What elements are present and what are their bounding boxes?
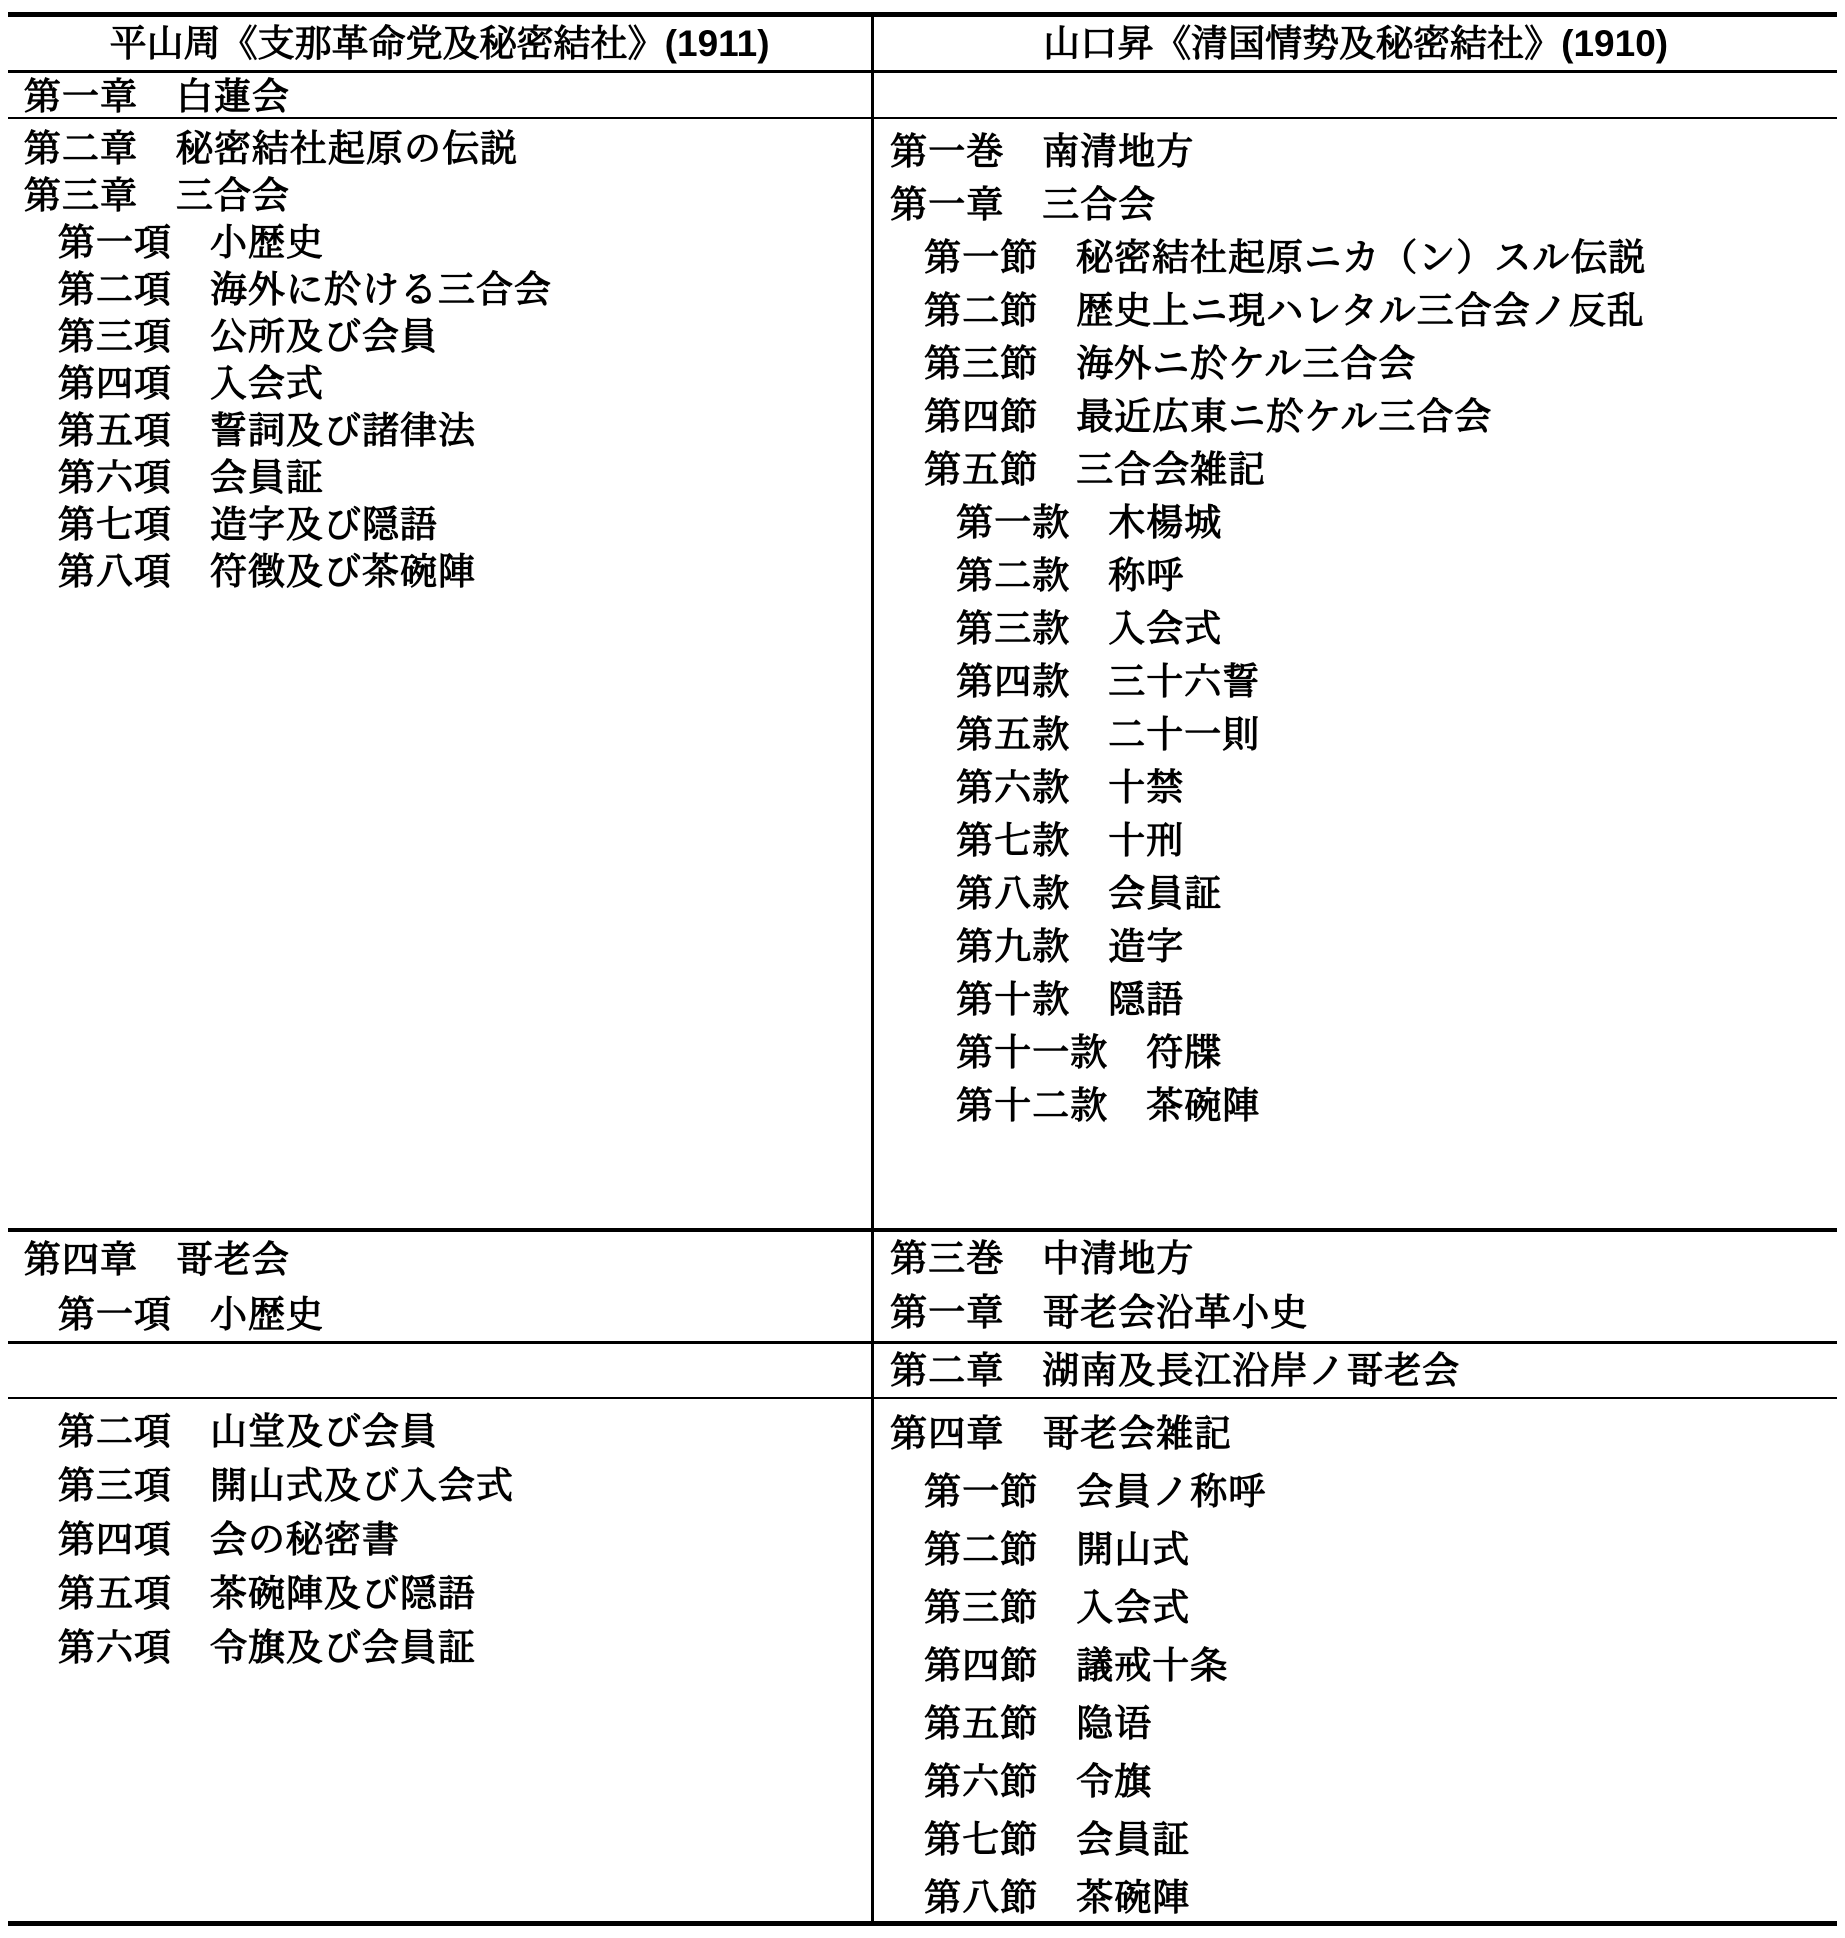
- toc-entry: 第一款 木楊城: [874, 496, 1837, 549]
- toc-cell-left: 第二項 山堂及び会員第三項 開山式及び入会式第四項 会の秘密書第五項 茶碗陣及び…: [8, 1399, 871, 1921]
- toc-entry: 第二節 開山式: [874, 1521, 1837, 1579]
- table-header-row: 平山周《支那革命党及秘密結社》(1911) 山口昇《清国情势及秘密結社》(191…: [8, 17, 1837, 73]
- toc-entry: 第五項 誓詞及び諸律法: [8, 407, 871, 454]
- toc-entry: 第三項 開山式及び入会式: [8, 1459, 871, 1513]
- toc-cell-left: 第一章 白蓮会: [8, 73, 871, 117]
- table-row: 第二項 山堂及び会員第三項 開山式及び入会式第四項 会の秘密書第五項 茶碗陣及び…: [8, 1399, 1837, 1921]
- toc-entry: 第三項 公所及び会員: [8, 313, 871, 360]
- toc-cell-right: [871, 73, 1837, 117]
- toc-entry: 第五節 三合会雑記: [874, 443, 1837, 496]
- toc-entry: 第五節 隐语: [874, 1695, 1837, 1753]
- toc-entry: 第一節 秘密結社起原ニカ（ン）スル伝説: [874, 231, 1837, 284]
- toc-entry: 第三節 入会式: [874, 1579, 1837, 1637]
- toc-entry: 第四項 会の秘密書: [8, 1513, 871, 1567]
- toc-entry: 第三款 入会式: [874, 602, 1837, 655]
- toc-entry: 第四節 最近広東ニ於ケル三合会: [874, 390, 1837, 443]
- toc-entry: 第二章 湖南及長江沿岸ノ哥老会: [874, 1344, 1837, 1397]
- toc-entry: 第四節 議戒十条: [874, 1637, 1837, 1695]
- toc-entry: 第二節 歴史上ニ現ハレタル三合会ノ反乱: [874, 284, 1837, 337]
- toc-cell-right: 第三巻 中清地方第一章 哥老会沿革小史: [871, 1232, 1837, 1341]
- toc-entry: 第七節 会員証: [874, 1811, 1837, 1869]
- toc-entry: 第一章 白蓮会: [8, 73, 871, 117]
- toc-entry: 第七款 十刑: [874, 814, 1837, 867]
- toc-entry: 第二項 海外に於ける三合会: [8, 266, 871, 313]
- table-row: 第四章 哥老会第一項 小歴史 第三巻 中清地方第一章 哥老会沿革小史: [8, 1232, 1837, 1344]
- toc-entry: 第二章 秘密結社起原の伝説: [8, 125, 871, 172]
- column-header-hirayama: 平山周《支那革命党及秘密結社》(1911): [8, 17, 871, 70]
- toc-entry: 第一巻 南清地方: [874, 125, 1837, 178]
- toc-cell-right: 第一巻 南清地方第一章 三合会第一節 秘密結社起原ニカ（ン）スル伝説第二節 歴史…: [871, 119, 1837, 1228]
- toc-entry: 第六項 令旗及び会員証: [8, 1621, 871, 1675]
- toc-entry: 第六款 十禁: [874, 761, 1837, 814]
- toc-entry: 第八款 会員証: [874, 867, 1837, 920]
- toc-entry: 第一項 小歴史: [8, 1287, 871, 1341]
- toc-entry: 第二款 称呼: [874, 549, 1837, 602]
- toc-entry: 第一節 会員ノ称呼: [874, 1463, 1837, 1521]
- toc-entry: 第三節 海外ニ於ケル三合会: [874, 337, 1837, 390]
- toc-entry: 第六項 会員証: [8, 454, 871, 501]
- toc-cell-left: 第二章 秘密結社起原の伝説第三章 三合会第一項 小歴史第二項 海外に於ける三合会…: [8, 119, 871, 1228]
- toc-entry: 第一項 小歴史: [8, 219, 871, 266]
- toc-entry: 第十款 隠語: [874, 973, 1837, 1026]
- toc-entry: 第四款 三十六誓: [874, 655, 1837, 708]
- toc-entry: 第一章 哥老会沿革小史: [874, 1286, 1837, 1340]
- toc-entry: 第八項 符徴及び茶碗陣: [8, 548, 871, 595]
- toc-cell-left: [8, 1344, 871, 1397]
- toc-entry: 第八節 茶碗陣: [874, 1869, 1837, 1921]
- toc-entry: 第九款 造字: [874, 920, 1837, 973]
- toc-entry: 第六節 令旗: [874, 1753, 1837, 1811]
- table-row: 第二章 湖南及長江沿岸ノ哥老会: [8, 1344, 1837, 1399]
- toc-entry: 第五項 茶碗陣及び隠語: [8, 1567, 871, 1621]
- toc-cell-right: 第二章 湖南及長江沿岸ノ哥老会: [871, 1344, 1837, 1397]
- toc-entry: 第四項 入会式: [8, 360, 871, 407]
- toc-cell-left: 第四章 哥老会第一項 小歴史: [8, 1232, 871, 1341]
- toc-entry: 第三巻 中清地方: [874, 1232, 1837, 1286]
- toc-entry: 第十一款 符牒: [874, 1026, 1837, 1079]
- toc-entry: 第四章 哥老会雑記: [874, 1405, 1837, 1463]
- column-header-yamaguchi: 山口昇《清国情势及秘密結社》(1910): [871, 17, 1837, 70]
- toc-entry: 第四章 哥老会: [8, 1232, 871, 1287]
- toc-entry: 第七項 造字及び隠語: [8, 501, 871, 548]
- table-row: 第二章 秘密結社起原の伝説第三章 三合会第一項 小歴史第二項 海外に於ける三合会…: [8, 119, 1837, 1232]
- toc-entry: 第五款 二十一則: [874, 708, 1837, 761]
- toc-entry: 第十二款 茶碗陣: [874, 1079, 1837, 1132]
- toc-entry: 第二項 山堂及び会員: [8, 1405, 871, 1459]
- table-row: 第一章 白蓮会: [8, 73, 1837, 119]
- scanned-page: 平山周《支那革命党及秘密結社》(1911) 山口昇《清国情势及秘密結社》(191…: [0, 0, 1845, 1938]
- toc-comparison-table: 平山周《支那革命党及秘密結社》(1911) 山口昇《清国情势及秘密結社》(191…: [8, 12, 1837, 1926]
- toc-entry: 第三章 三合会: [8, 172, 871, 219]
- toc-entry: 第一章 三合会: [874, 178, 1837, 231]
- toc-cell-right: 第四章 哥老会雑記第一節 会員ノ称呼第二節 開山式第三節 入会式第四節 議戒十条…: [871, 1399, 1837, 1921]
